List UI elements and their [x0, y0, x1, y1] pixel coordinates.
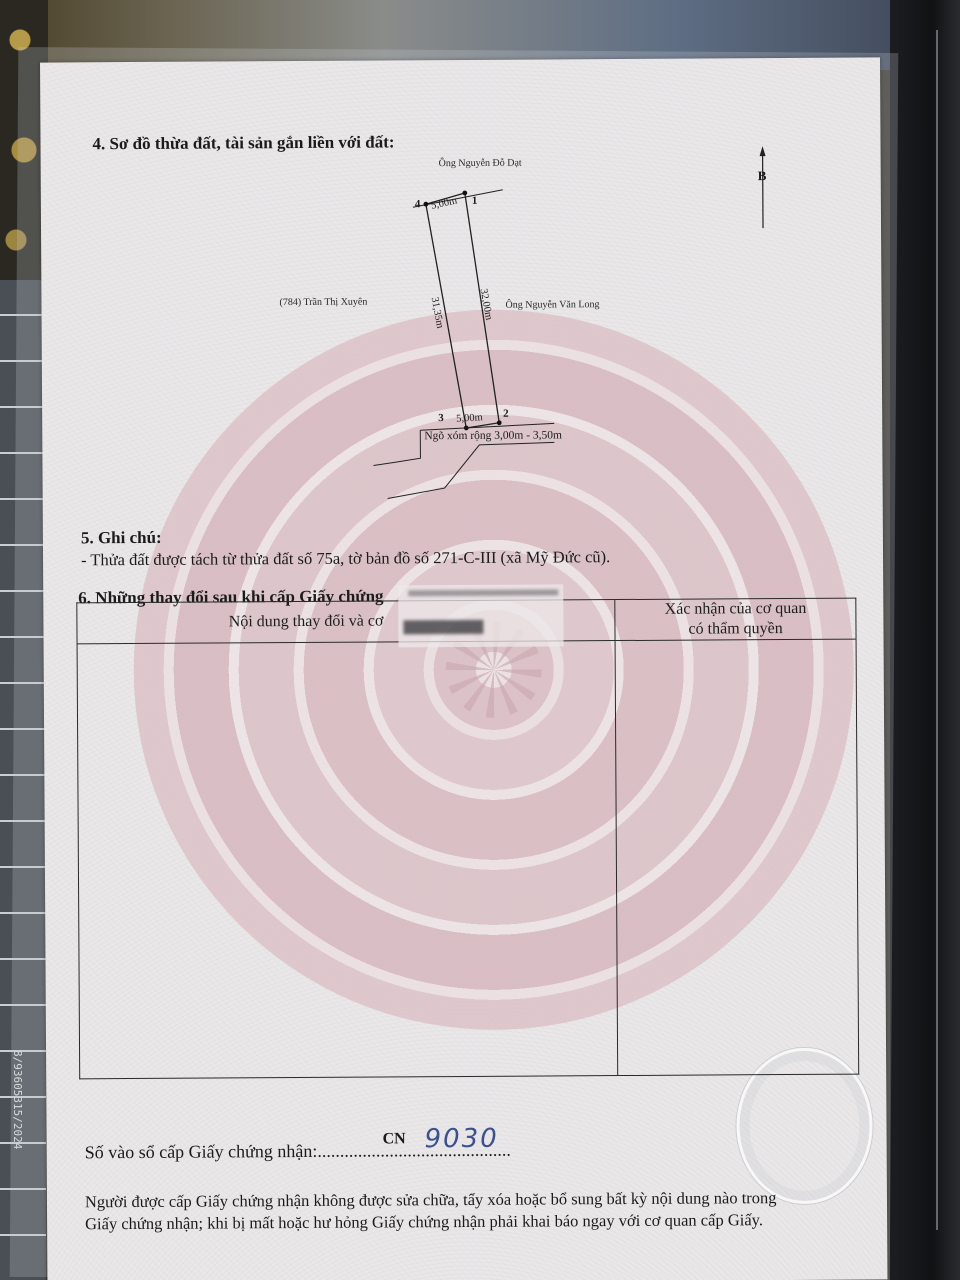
- background-edge-highlight: [936, 30, 938, 1230]
- changes-content-cell: [77, 641, 618, 1079]
- redaction-mark: [408, 589, 558, 596]
- table-row: [77, 639, 859, 1079]
- side-serial-number: 8/93605315/2024: [11, 1050, 24, 1149]
- section-5-note: - Thửa đất được tách từ thửa đất số 75a,…: [81, 547, 610, 570]
- point-1-label: 1: [472, 195, 478, 207]
- certificate-page: 4. Sơ đồ thừa đất, tài sản gắn liền với …: [40, 57, 887, 1280]
- warning-line-1: Người được cấp Giấy chứng nhận không đượ…: [85, 1188, 777, 1212]
- point-2-label: 2: [503, 408, 509, 420]
- background-dark-object: [890, 0, 960, 1280]
- warning-line-2: Giấy chứng nhận; khi bị mất hoặc hư hỏng…: [85, 1210, 763, 1234]
- north-arrow-label: B: [758, 168, 767, 184]
- redaction-mark: [403, 620, 483, 634]
- section-5-title: 5. Ghi chú:: [81, 528, 162, 548]
- point-3-label: 3: [438, 412, 444, 424]
- road-label: Ngõ xóm rộng 3,00m - 3,50m: [424, 429, 562, 442]
- point-4-label: 4: [415, 198, 421, 210]
- registry-handwritten-number: 9030: [425, 1124, 499, 1154]
- registry-prefix: CN: [383, 1130, 406, 1148]
- edge-bottom-length: 5,00m: [456, 412, 483, 425]
- changes-table: Nội dung thay đổi và cơ Xác nhận của cơ …: [76, 598, 859, 1080]
- confirmation-cell: [615, 639, 858, 1075]
- north-arrow-icon: [760, 146, 766, 156]
- parcel-diagram: [40, 57, 883, 522]
- changes-table-header-confirmation: Xác nhận của cơ quan có thẩm quyền: [615, 598, 856, 640]
